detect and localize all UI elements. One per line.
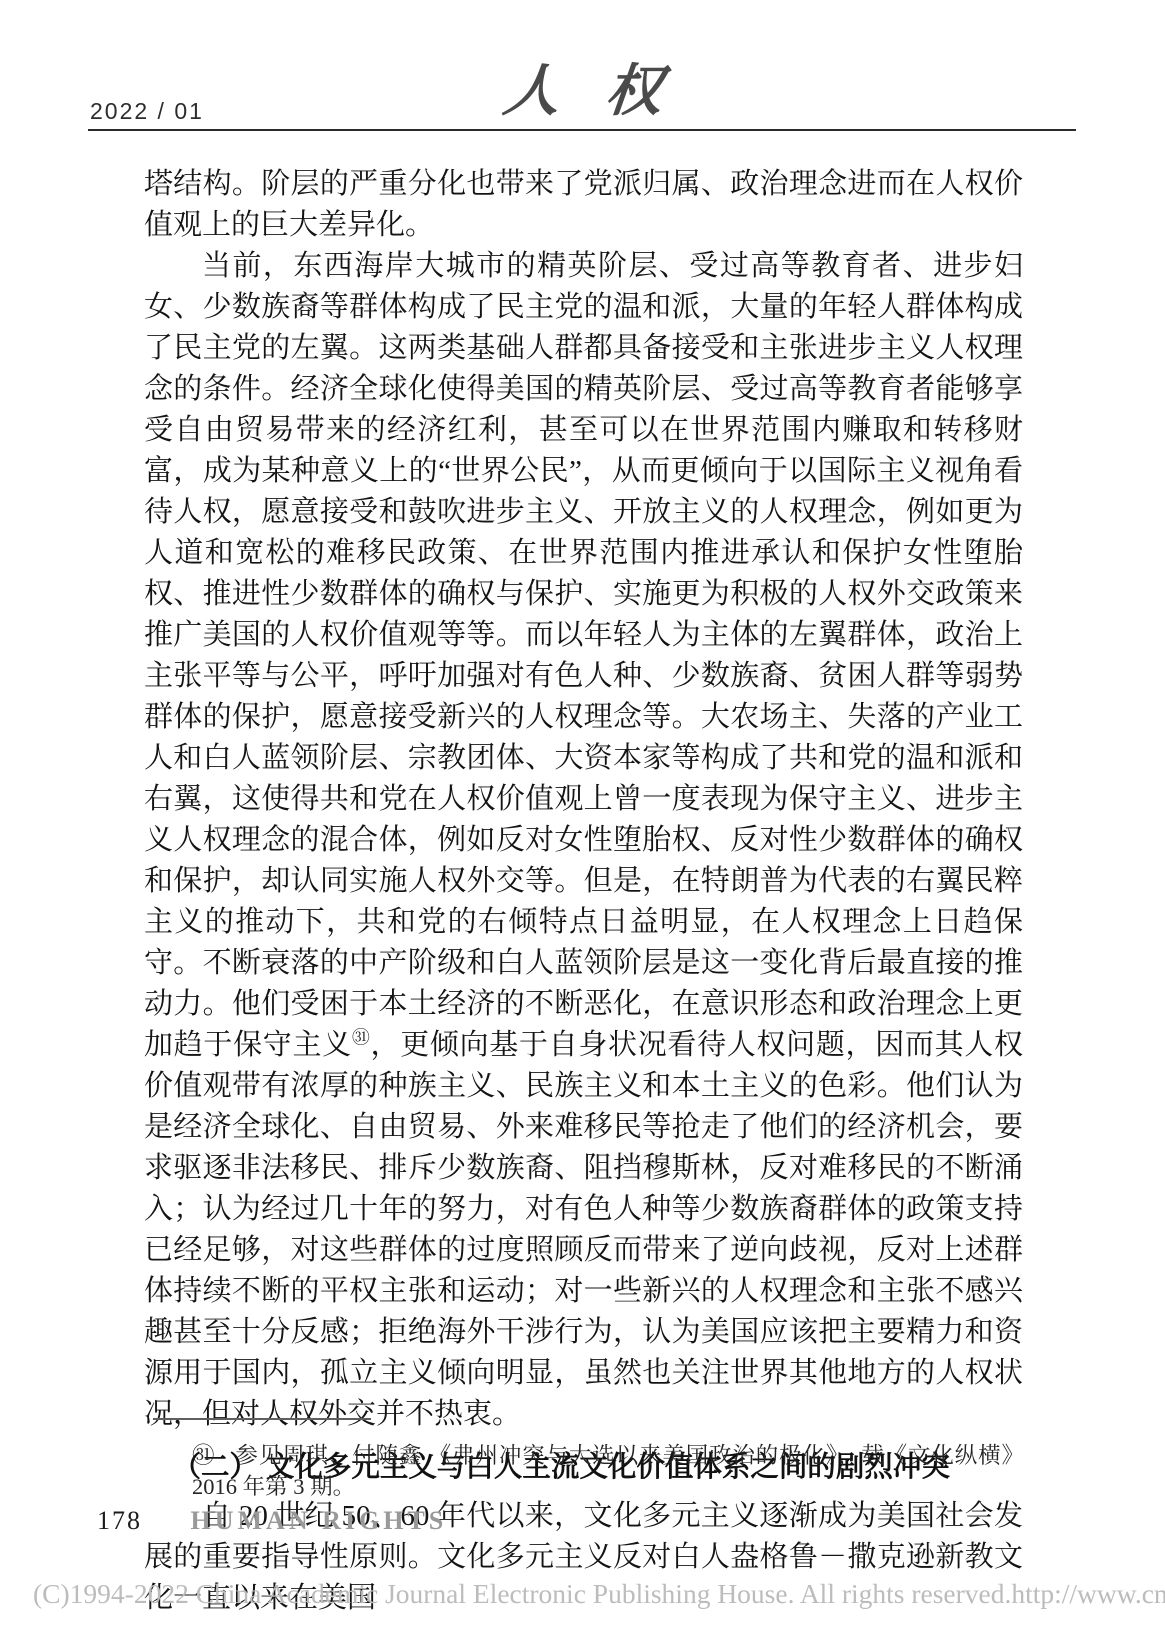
paragraph-main: 当前，东西海岸大城市的精英阶层、受过高等教育者、进步妇女、少数族裔等群体构成了民… [144,246,1023,1435]
footnote-text: 参见周琪、付随鑫 《弗州冲突与大选以来美国政治的极化》，载《文化纵横》2016 … [192,1443,1024,1499]
footnote: ㉛参见周琪、付随鑫 《弗州冲突与大选以来美国政治的极化》，载《文化纵横》2016… [144,1440,1024,1502]
copyright-bar: (C)1994-2022 China Academic Journal Elec… [33,1578,1135,1610]
footnote-reference: ㉛ [352,1027,371,1047]
paragraph-main-text-after-note: ，更倾向基于自身状况看待人权问题，因而其人权价值观带有浓厚的种族主义、民族主义和… [144,1029,1023,1430]
article-body: 塔结构。阶层的严重分化也带来了党派归属、政治理念进而在人权价值观上的巨大差异化。… [144,164,1023,1619]
footnote-marker: ㉛ [192,1443,215,1468]
paragraph-continuation: 塔结构。阶层的严重分化也带来了党派归属、政治理念进而在人权价值观上的巨大差异化。 [144,164,1023,246]
paragraph-main-text-before-note: 当前，东西海岸大城市的精英阶层、受过高等教育者、进步妇女、少数族裔等群体构成了民… [144,250,1023,1061]
copyright-url: http://www.cnki.net [1011,1578,1165,1610]
copyright-notice: (C)1994-2022 China Academic Journal Elec… [33,1578,1011,1610]
journal-logo-calligraphy: 人权 [0,62,1165,124]
journal-name-english: HUMAN RIGHTS [191,1506,448,1535]
header-divider [88,129,1076,131]
footnote-divider [153,1418,371,1420]
page-footer: 178 HUMAN RIGHTS [97,1506,447,1536]
journal-page: 2022 / 01 人权 塔结构。阶层的严重分化也带来了党派归属、政治理念进而在… [0,0,1165,1638]
page-number: 178 [97,1506,142,1535]
